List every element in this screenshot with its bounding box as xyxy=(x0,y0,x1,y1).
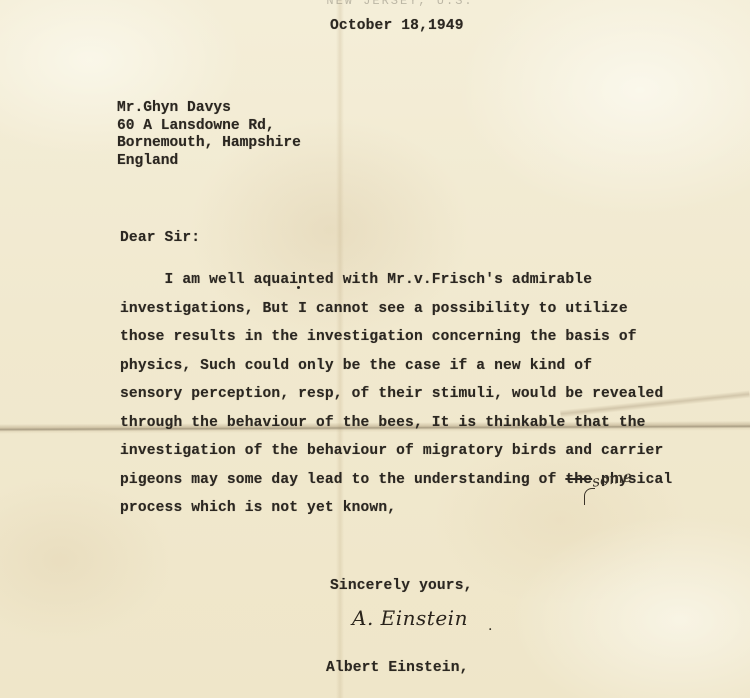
body-line: investigations, But I cannot see a possi… xyxy=(120,295,672,324)
body-line: investigation of the behaviour of migrat… xyxy=(120,437,672,466)
struck-word: the xyxy=(565,472,592,488)
handwritten-signature: A. Einstein xyxy=(352,606,468,630)
body-line-prefix: pigeons may some day lead to the underst… xyxy=(120,472,565,488)
closing: Sincerely yours, xyxy=(330,578,473,594)
recipient-street: 60 A Lansdowne Rd, xyxy=(117,118,301,136)
letter-date: October 18,1949 xyxy=(330,18,464,34)
salutation: Dear Sir: xyxy=(120,230,200,246)
typed-signatory-name: Albert Einstein, xyxy=(326,660,469,676)
body-line: through the behaviour of the bees, It is… xyxy=(120,409,672,438)
recipient-address: Mr.Ghyn Davys 60 A Lansdowne Rd, Bornemo… xyxy=(117,100,301,170)
signature-period: . xyxy=(488,618,492,634)
recipient-name: Mr.Ghyn Davys xyxy=(117,100,301,118)
letter-body: I am well aquainted with Mr.v.Frisch's a… xyxy=(120,266,672,523)
recipient-country: England xyxy=(117,153,301,171)
embossed-letterhead: NEW JERSEY, U.S. xyxy=(300,0,500,8)
body-line: I am well aquainted with Mr.v.Frisch's a… xyxy=(120,266,672,295)
body-line: physics, Such could only be the case if … xyxy=(120,352,672,381)
body-line: sensory perception, resp, of their stimu… xyxy=(120,380,672,409)
insertion-caret-mark xyxy=(584,488,595,505)
recipient-city: Bornemouth, Hampshire xyxy=(117,135,301,153)
body-line: those results in the investigation conce… xyxy=(120,323,672,352)
